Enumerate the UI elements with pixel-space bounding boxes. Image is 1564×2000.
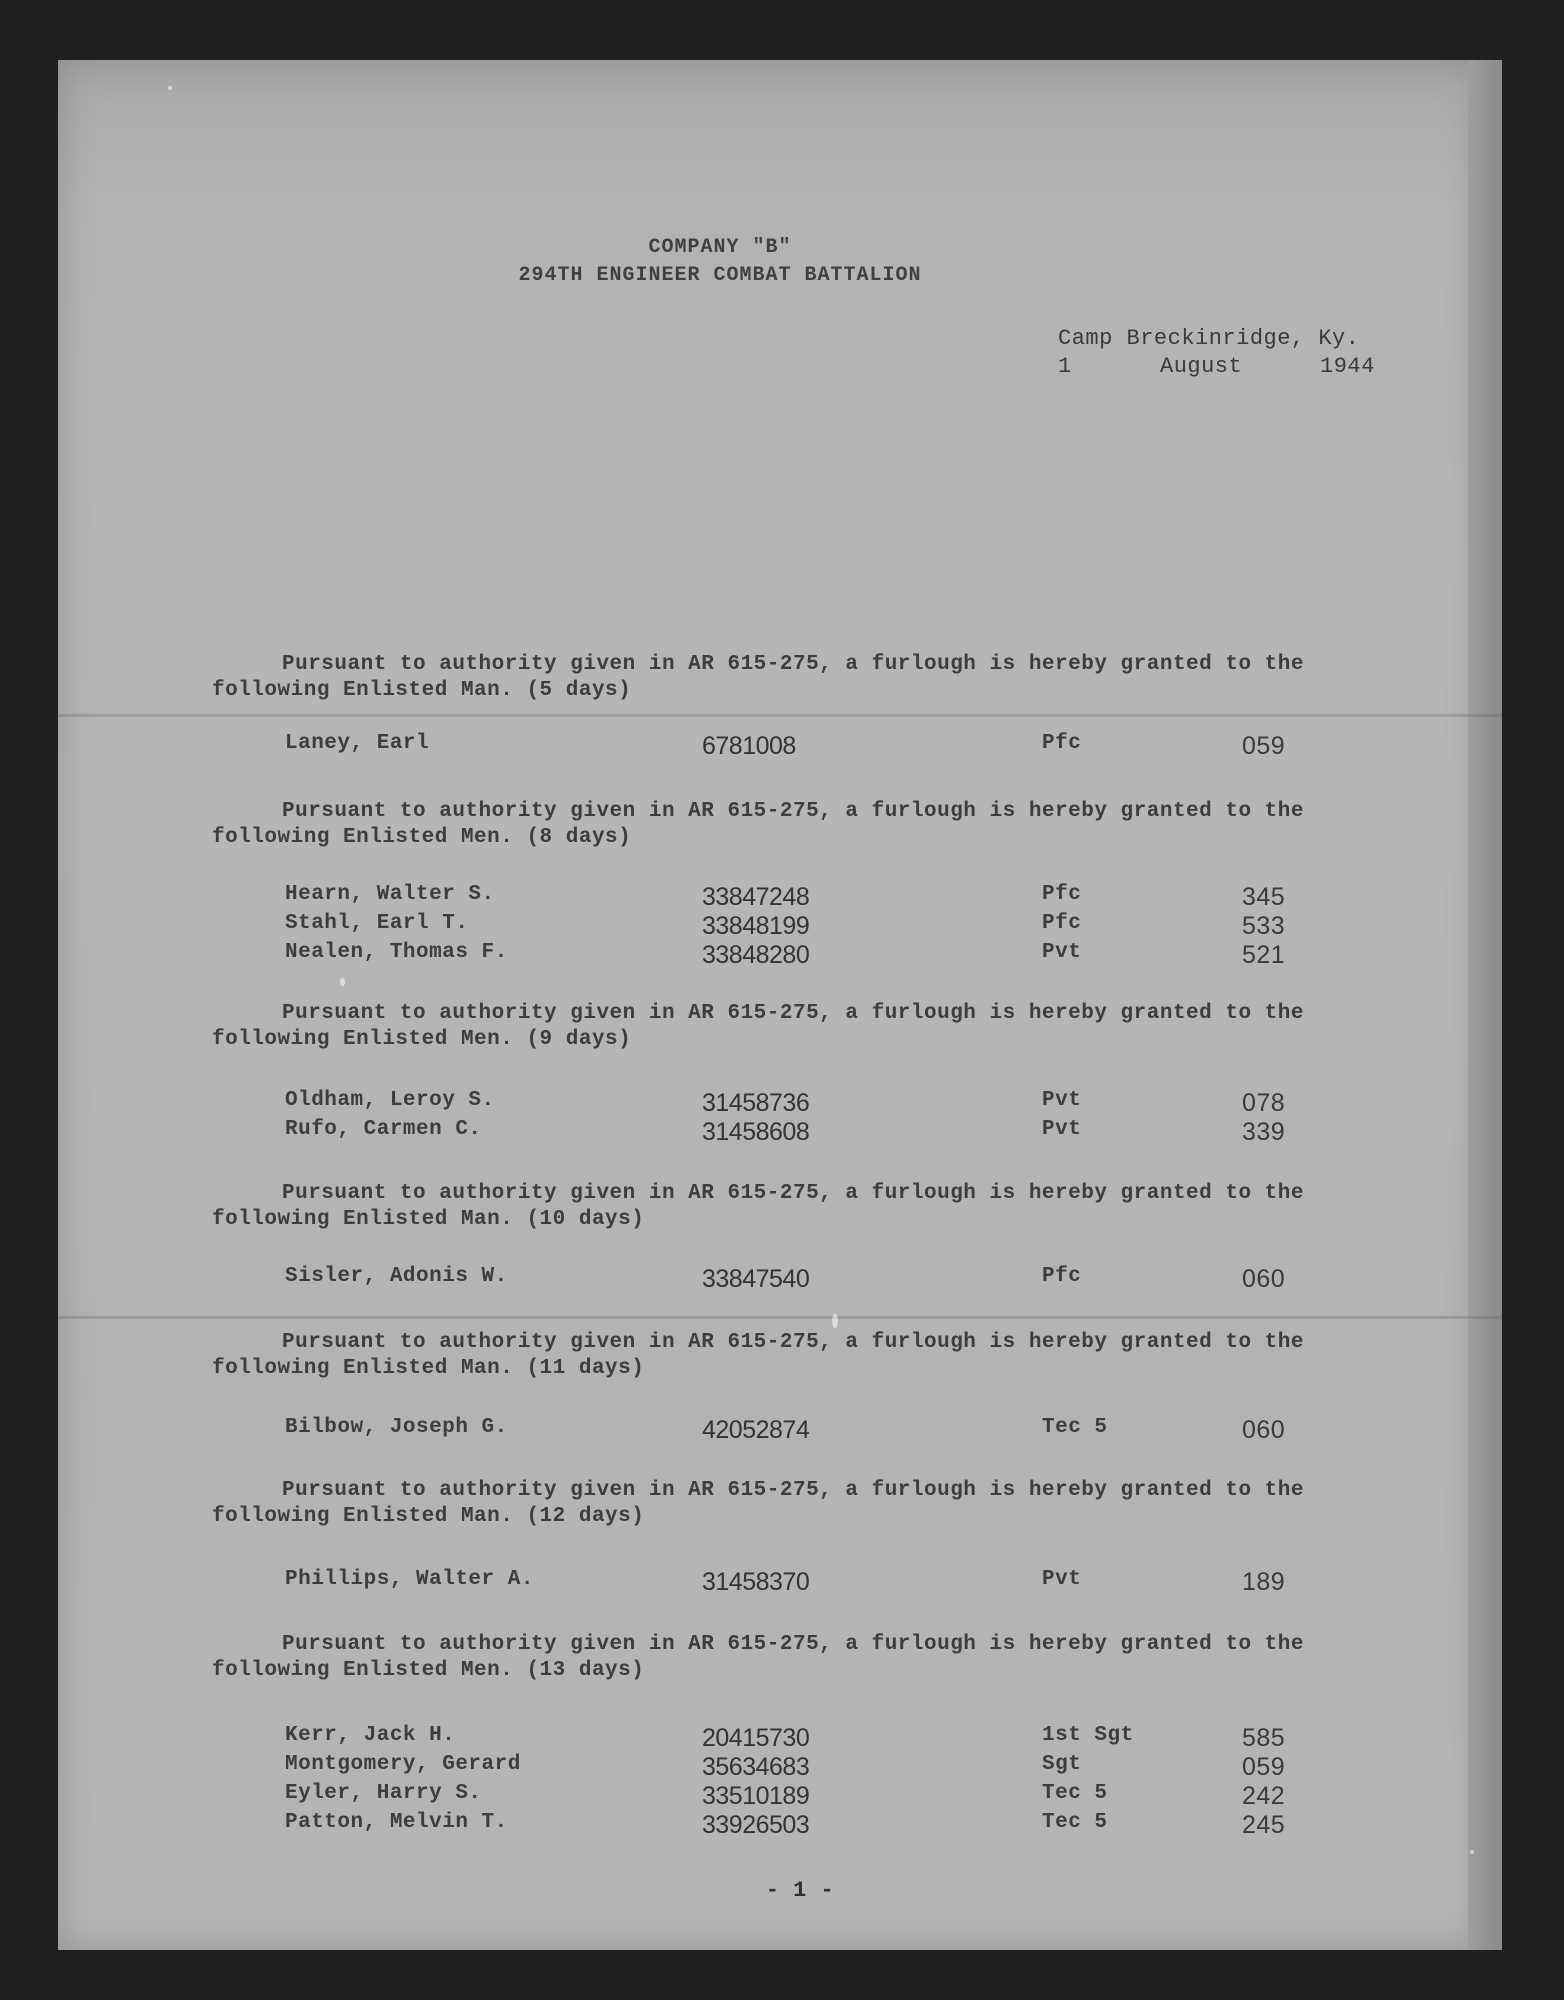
furlough-section: Pursuant to authority given in AR 615-27…	[212, 799, 1432, 970]
list-item: Bilbow, Joseph G. 42052874 Tec 5 060	[212, 1416, 1432, 1445]
list-item: Sisler, Adonis W. 33847540 Pfc 060	[212, 1265, 1432, 1294]
scan-speck	[168, 86, 172, 90]
document: COMPANY "B" 294TH ENGINEER COMBAT BATTAL…	[0, 0, 1564, 2000]
authority-paragraph: Pursuant to authority given in AR 615-27…	[212, 1330, 1432, 1382]
authority-paragraph: Pursuant to authority given in AR 615-27…	[212, 1478, 1432, 1530]
list-item: Stahl, Earl T. 33848199 Pfc 533	[212, 912, 1432, 941]
date-day: 1	[1058, 354, 1072, 379]
list-item: Phillips, Walter A. 31458370 Pvt 189	[212, 1568, 1432, 1597]
page-number: - 1 -	[740, 1878, 860, 1903]
authority-paragraph: Pursuant to authority given in AR 615-27…	[212, 652, 1432, 704]
scan-speck	[1470, 1850, 1474, 1854]
date-year: 1944	[1320, 354, 1375, 379]
entry-list: Sisler, Adonis W. 33847540 Pfc 060	[212, 1265, 1432, 1294]
furlough-section: Pursuant to authority given in AR 615-27…	[212, 1181, 1432, 1294]
authority-paragraph: Pursuant to authority given in AR 615-27…	[212, 1632, 1432, 1684]
furlough-section: Pursuant to authority given in AR 615-27…	[212, 1632, 1432, 1840]
furlough-section: Pursuant to authority given in AR 615-27…	[212, 1478, 1432, 1597]
entry-list: Laney, Earl 6781008 Pfc 059	[212, 732, 1432, 761]
list-item: Hearn, Walter S. 33847248 Pfc 345	[212, 883, 1432, 912]
list-item: Rufo, Carmen C. 31458608 Pvt 339	[212, 1118, 1432, 1147]
list-item: Montgomery, Gerard 35634683 Sgt 059	[212, 1753, 1432, 1782]
furlough-section: Pursuant to authority given in AR 615-27…	[212, 1330, 1432, 1445]
place-line: Camp Breckinridge, Ky.	[1058, 326, 1359, 351]
entry-list: Phillips, Walter A. 31458370 Pvt 189	[212, 1568, 1432, 1597]
entry-list: Oldham, Leroy S. 31458736 Pvt 078 Rufo, …	[212, 1089, 1432, 1147]
entry-list: Hearn, Walter S. 33847248 Pfc 345 Stahl,…	[212, 883, 1432, 970]
list-item: Oldham, Leroy S. 31458736 Pvt 078	[212, 1089, 1432, 1118]
entry-list: Kerr, Jack H. 20415730 1st Sgt 585 Montg…	[212, 1724, 1432, 1840]
furlough-section: Pursuant to authority given in AR 615-27…	[212, 652, 1432, 761]
company-heading: COMPANY "B"	[480, 236, 960, 259]
list-item: Patton, Melvin T. 33926503 Tec 5 245	[212, 1811, 1432, 1840]
furlough-section: Pursuant to authority given in AR 615-27…	[212, 1001, 1432, 1147]
authority-paragraph: Pursuant to authority given in AR 615-27…	[212, 799, 1432, 851]
authority-paragraph: Pursuant to authority given in AR 615-27…	[212, 1181, 1432, 1233]
list-item: Eyler, Harry S. 33510189 Tec 5 242	[212, 1782, 1432, 1811]
authority-paragraph: Pursuant to authority given in AR 615-27…	[212, 1001, 1432, 1053]
list-item: Laney, Earl 6781008 Pfc 059	[212, 732, 1432, 761]
list-item: Kerr, Jack H. 20415730 1st Sgt 585	[212, 1724, 1432, 1753]
list-item: Nealen, Thomas F. 33848280 Pvt 521	[212, 941, 1432, 970]
scan-speck	[340, 978, 345, 986]
entry-list: Bilbow, Joseph G. 42052874 Tec 5 060	[212, 1416, 1432, 1445]
scan-speck	[832, 1314, 838, 1328]
battalion-heading: 294TH ENGINEER COMBAT BATTALION	[480, 264, 960, 287]
date-month: August	[1160, 354, 1242, 379]
